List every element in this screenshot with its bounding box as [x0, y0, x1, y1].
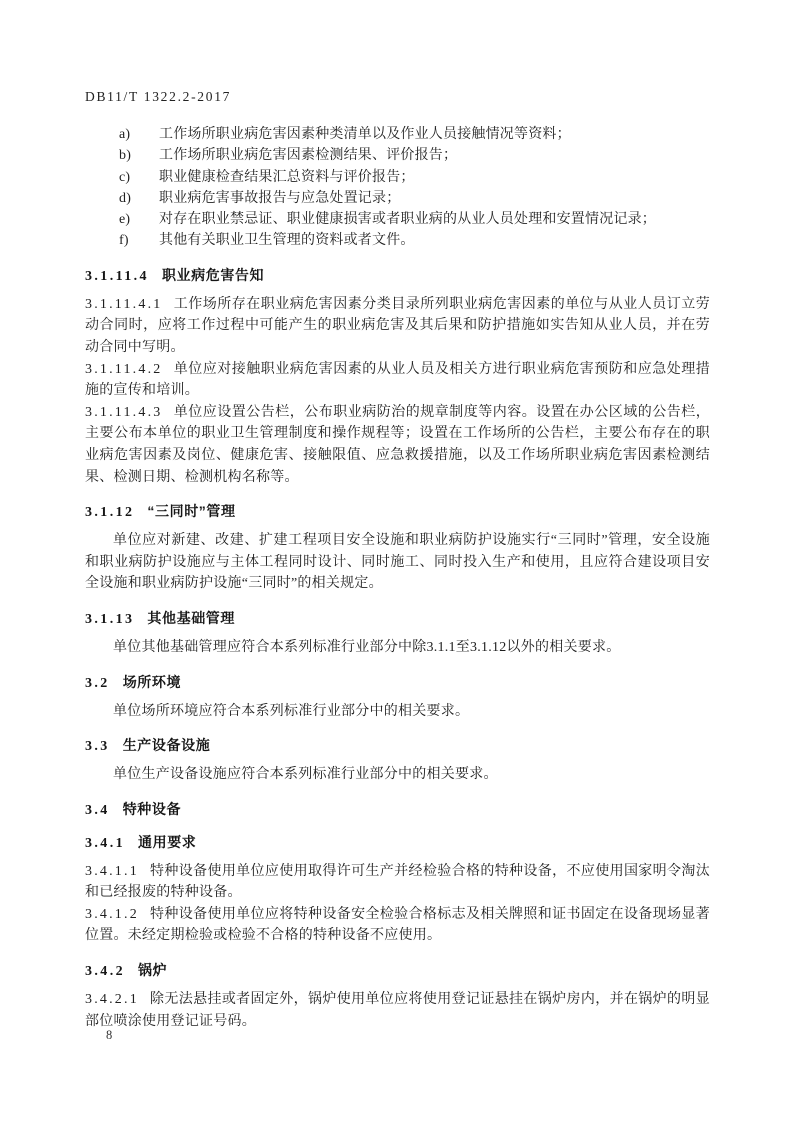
list-item: d) 职业病危害事故报告与应急处置记录；: [85, 188, 710, 209]
paragraph-text: 除无法悬挂或者固定外，锅炉使用单位应将使用登记证悬挂在锅炉房内，并在锅炉的明显部…: [85, 992, 710, 1029]
section-number: 3.4: [85, 803, 110, 818]
section-heading-3-1-13: 3.1.13其他基础管理: [85, 608, 710, 628]
list-item: a) 工作场所职业病危害因素种类清单以及作业人员接触情况等资料；: [85, 124, 710, 145]
list-item-label: d): [119, 188, 159, 209]
para-3-1-11-4-3: 3.1.11.4.3单位应设置公告栏，公布职业病防治的规章制度等内容。设置在办公…: [85, 402, 710, 488]
section-number: 3.1.13: [85, 612, 134, 627]
section-heading-3-4-2: 3.4.2锅炉: [85, 960, 710, 980]
page-number: 8: [106, 1028, 112, 1043]
section-heading-3-4: 3.4特种设备: [85, 799, 710, 819]
paragraph-number: 3.1.11.4.1: [85, 297, 162, 312]
section-title: 通用要求: [138, 834, 196, 850]
section-number: 3.4.2: [85, 964, 125, 979]
para-3-4-1-1: 3.4.1.1特种设备使用单位应使用取得许可生产并经检验合格的特种设备，不应使用…: [85, 861, 710, 904]
list-item-text: 工作场所职业病危害因素检测结果、评价报告；: [159, 145, 710, 166]
list-item-label: e): [119, 209, 159, 230]
doc-code: DB11/T 1322.2-2017: [85, 89, 710, 105]
section-title: 生产设备设施: [123, 737, 211, 753]
section-number: 3.4.1: [85, 836, 125, 851]
section-number: 3.1.12: [85, 505, 134, 520]
paragraph-text: 工作场所存在职业病危害因素分类目录所列职业病危害因素的单位与从业人员订立劳动合同…: [85, 297, 710, 355]
para-3-4-2-1: 3.4.2.1除无法悬挂或者固定外，锅炉使用单位应将使用登记证悬挂在锅炉房内，并…: [85, 989, 710, 1032]
paragraph-text: 单位应对接触职业病危害因素的从业人员及相关方进行职业病危害预防和应急处理措施的宣…: [85, 362, 710, 399]
document-page: DB11/T 1322.2-2017 a) 工作场所职业病危害因素种类清单以及作…: [0, 0, 793, 1123]
section-heading-3-2: 3.2场所环境: [85, 672, 710, 692]
paragraph-number: 3.4.2.1: [85, 992, 139, 1007]
list-item: f) 其他有关职业卫生管理的资料或者文件。: [85, 230, 710, 251]
section-heading-3-3: 3.3生产设备设施: [85, 735, 710, 755]
para-3-1-12-body: 单位应对新建、改建、扩建工程项目安全设施和职业病防护设施实行“三同时”管理，安全…: [85, 530, 710, 595]
section-title: 职业病危害告知: [162, 267, 264, 283]
list-item-text: 对存在职业禁忌证、职业健康损害或者职业病的从业人员处理和安置情况记录；: [159, 209, 710, 230]
paragraph-text: 特种设备使用单位应将特种设备安全检验合格标志及相关牌照和证书固定在设备现场显著位…: [85, 907, 710, 944]
section-number: 3.3: [85, 739, 110, 754]
section-title: “三同时”管理: [147, 503, 235, 519]
list-item-text: 职业健康检查结果汇总资料与评价报告；: [159, 167, 710, 188]
paragraph-number: 3.1.11.4.2: [85, 362, 162, 377]
section-number: 3.1.11.4: [85, 269, 149, 284]
paragraph-number: 3.1.11.4.3: [85, 405, 162, 420]
list-item-label: c): [119, 167, 159, 188]
section-heading-3-4-1: 3.4.1通用要求: [85, 832, 710, 852]
list-item-label: b): [119, 145, 159, 166]
paragraph-number: 3.4.1.2: [85, 907, 139, 922]
paragraph-text: 单位应设置公告栏，公布职业病防治的规章制度等内容。设置在办公区域的公告栏，主要公…: [85, 405, 710, 485]
para-3-2-body: 单位场所环境应符合本系列标准行业部分中的相关要求。: [85, 701, 710, 723]
para-3-3-body: 单位生产设备设施应符合本系列标准行业部分中的相关要求。: [85, 764, 710, 786]
section-title: 场所环境: [123, 674, 181, 690]
section-title: 特种设备: [123, 801, 181, 817]
para-3-1-11-4-1: 3.1.11.4.1工作场所存在职业病危害因素分类目录所列职业病危害因素的单位与…: [85, 294, 710, 359]
section-title: 其他基础管理: [147, 610, 235, 626]
lettered-list: a) 工作场所职业病危害因素种类清单以及作业人员接触情况等资料； b) 工作场所…: [85, 124, 710, 252]
list-item: b) 工作场所职业病危害因素检测结果、评价报告；: [85, 145, 710, 166]
section-heading-3-1-11-4: 3.1.11.4职业病危害告知: [85, 265, 710, 285]
list-item-text: 职业病危害事故报告与应急处置记录；: [159, 188, 710, 209]
section-heading-3-1-12: 3.1.12“三同时”管理: [85, 501, 710, 521]
list-item-label: a): [119, 124, 159, 145]
paragraph-text: 特种设备使用单位应使用取得许可生产并经检验合格的特种设备，不应使用国家明令淘汰和…: [85, 864, 710, 901]
section-title: 锅炉: [138, 962, 167, 978]
list-item-label: f): [119, 230, 159, 251]
paragraph-number: 3.4.1.1: [85, 864, 139, 879]
para-3-4-1-2: 3.4.1.2特种设备使用单位应将特种设备安全检验合格标志及相关牌照和证书固定在…: [85, 904, 710, 947]
list-item-text: 其他有关职业卫生管理的资料或者文件。: [159, 230, 710, 251]
para-3-1-13-body: 单位其他基础管理应符合本系列标准行业部分中除3.1.1至3.1.12以外的相关要…: [85, 637, 710, 659]
list-item-text: 工作场所职业病危害因素种类清单以及作业人员接触情况等资料；: [159, 124, 710, 145]
section-number: 3.2: [85, 676, 110, 691]
list-item: e) 对存在职业禁忌证、职业健康损害或者职业病的从业人员处理和安置情况记录；: [85, 209, 710, 230]
list-item: c) 职业健康检查结果汇总资料与评价报告；: [85, 167, 710, 188]
para-3-1-11-4-2: 3.1.11.4.2单位应对接触职业病危害因素的从业人员及相关方进行职业病危害预…: [85, 359, 710, 402]
